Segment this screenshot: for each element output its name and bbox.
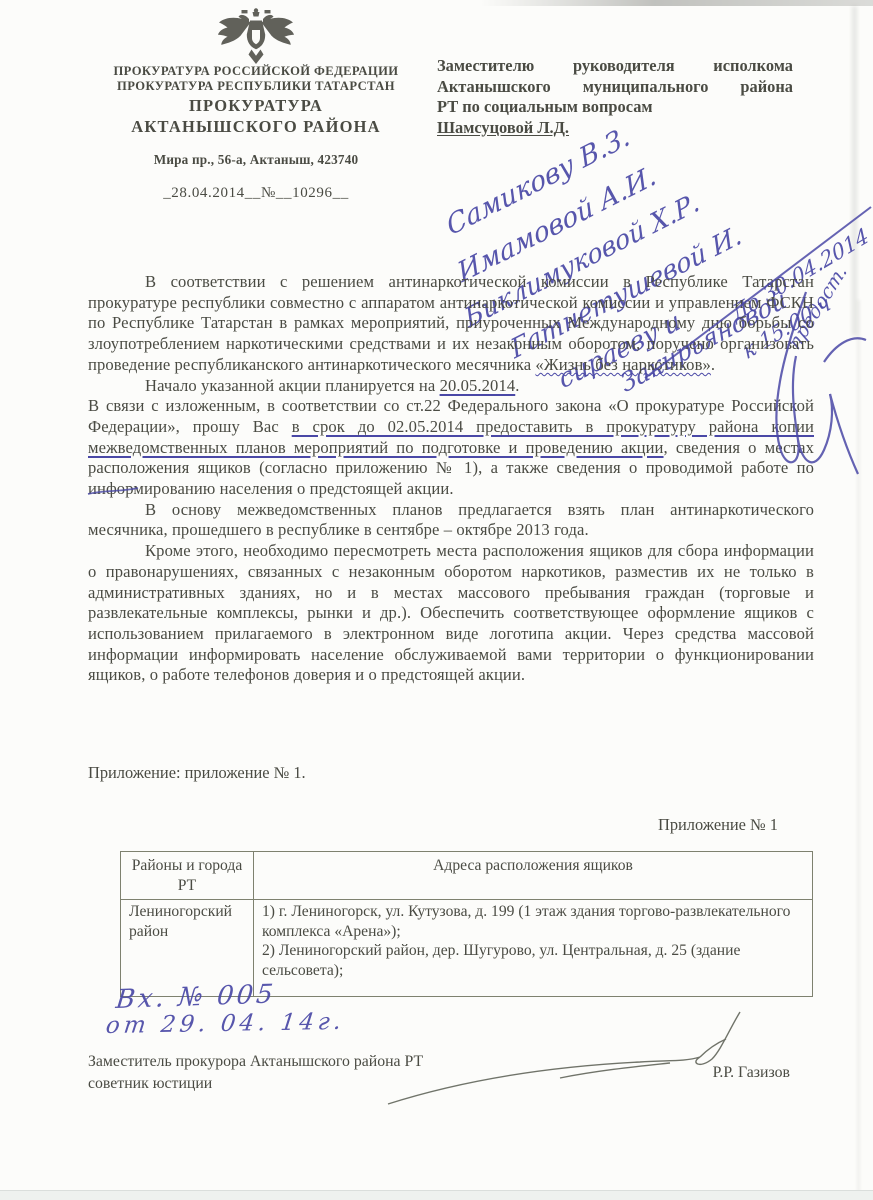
scan-edge-top <box>0 0 873 6</box>
letterhead-org-line-1: ПРОКУРАТУРА РОССИЙСКОЙ ФЕДЕРАЦИИ <box>100 64 412 79</box>
signature-stroke <box>388 1012 740 1104</box>
signer-rank: советник юстиции <box>88 1073 423 1095</box>
body-text: В соответствии с решением антинаркотичес… <box>88 272 814 686</box>
signature-title: Заместитель прокурора Актанышского район… <box>88 1051 423 1095</box>
coat-of-arms-russia-icon <box>216 7 296 65</box>
incoming-stamp-date: от 29. 04. 14г. <box>104 1009 346 1039</box>
table-header-districts: Районы и города РТ <box>121 852 254 900</box>
letterhead-date-number: _28.04.2014__№__10296__ <box>100 185 412 202</box>
table-cell-addresses: 1) г. Лениногорск, ул. Кутузова, д. 199 … <box>254 900 813 997</box>
paragraph-3: В связи с изложенным, в соответствии со … <box>88 396 814 500</box>
scanned-letter-page: ПРОКУРАТУРА РОССИЙСКОЙ ФЕДЕРАЦИИ ПРОКУРА… <box>0 0 873 1200</box>
address-line-2: 2) Лениногорский район, дер. Шугурово, у… <box>262 941 804 980</box>
recipient-line: Актанышского муниципального района <box>437 77 793 98</box>
paragraph-1: В соответствии с решением антинаркотичес… <box>88 272 814 376</box>
paragraph-4: В основу межведомственных планов предлаг… <box>88 500 814 541</box>
signer-position: Заместитель прокурора Актанышского район… <box>88 1051 423 1073</box>
scan-edge-bottom <box>0 1190 873 1200</box>
scan-edge-right <box>852 6 857 336</box>
scan-edge-right-lower <box>857 300 860 1200</box>
appendix-title: Приложение № 1 <box>520 815 778 835</box>
recipient-line: РТ по социальным вопросам <box>437 97 793 118</box>
signer-name: Р.Р. Газизов <box>660 1064 790 1082</box>
paragraph-5: Кроме этого, необходимо пересмотреть мес… <box>88 541 814 686</box>
paragraph-2: Начало указанной акции планируется на 20… <box>88 376 814 397</box>
letterhead: ПРОКУРАТУРА РОССИЙСКОЙ ФЕДЕРАЦИИ ПРОКУРА… <box>100 64 412 202</box>
letterhead-title-line-2: АКТАНЫШСКОГО РАЙОНА <box>100 117 412 136</box>
letterhead-address: Мира пр., 56-а, Актаныш, 423740 <box>100 152 412 168</box>
table-header-addresses: Адреса расположения ящиков <box>254 852 813 900</box>
letterhead-org-line-2: ПРОКУРАТУРА РЕСПУБЛИКИ ТАТАРСТАН <box>100 79 412 94</box>
recipient-name: Шамсуцовой Л.Д. <box>437 118 569 137</box>
letterhead-title-line-1: ПРОКУРАТУРА <box>100 96 412 115</box>
address-line-1: 1) г. Лениногорск, ул. Кутузова, д. 199 … <box>262 902 804 941</box>
attachment-note: Приложение: приложение № 1. <box>88 763 306 783</box>
appendix-table: Районы и города РТ Адреса расположения я… <box>120 851 813 997</box>
recipient-line: Заместителю руководителя исполкома <box>437 56 793 77</box>
table-header-row: Районы и города РТ Адреса расположения я… <box>121 852 813 900</box>
